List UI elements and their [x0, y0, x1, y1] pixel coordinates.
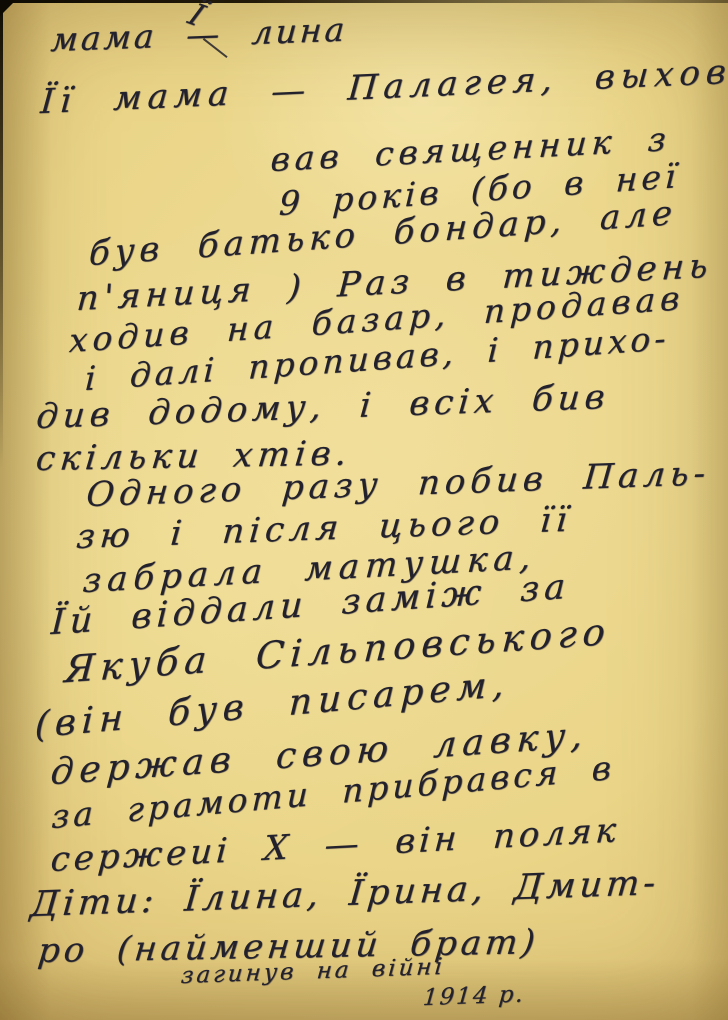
- scan-edge-left: [0, 0, 3, 469]
- scan-edge-top: [0, 0, 728, 3]
- handwritten-line-small: 1914 р.: [422, 982, 526, 1011]
- scan-corner-artifact: [0, 0, 16, 16]
- scanned-handwritten-page: мама — лина Ї Її мама — Палагея, выхову-…: [0, 0, 728, 1020]
- handwritten-line: Її мама — Палагея, выхову-: [39, 52, 728, 122]
